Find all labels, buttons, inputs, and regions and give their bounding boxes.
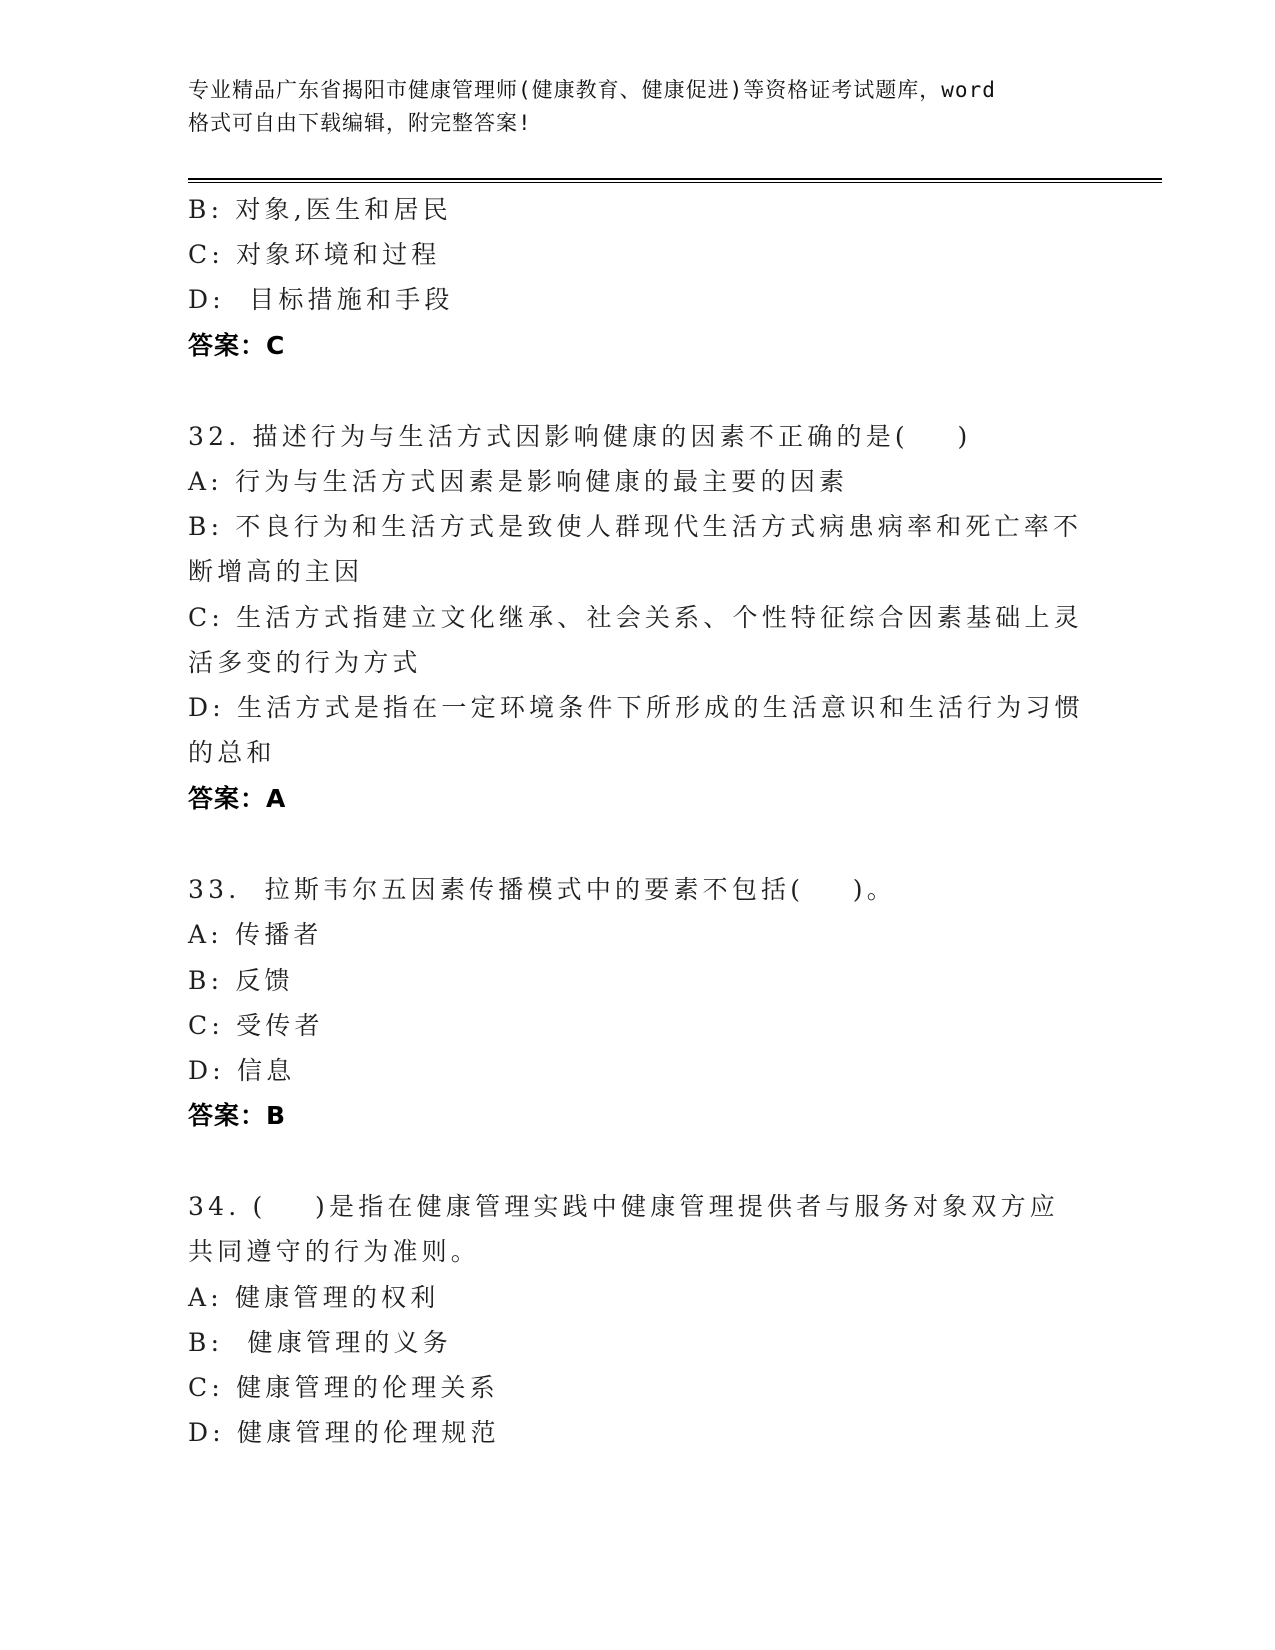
q33-option-a: A: 传播者 bbox=[188, 920, 323, 950]
document-header: 专业精品广东省揭阳市健康管理师(健康教育、健康促进)等资格证考试题库，word … bbox=[188, 74, 1088, 140]
q34-option-d: D: 健康管理的伦理规范 bbox=[188, 1418, 500, 1448]
q32-option-b: B: 不良行为和生活方式是致使人群现代生活方式病患病率和死亡率不 bbox=[188, 512, 1082, 542]
q32-stem: 32. 描述行为与生活方式因影响健康的因素不正确的是( ) bbox=[188, 422, 971, 452]
q34-option-b: B: 健康管理的义务 bbox=[188, 1328, 452, 1358]
header-line-2: 格式可自由下载编辑，附完整答案! bbox=[188, 107, 1088, 140]
q32-option-d: D: 生活方式是指在一定环境条件下所形成的生活意识和生活行为习惯 bbox=[188, 693, 1084, 723]
q32-option-b-cont: 断增高的主因 bbox=[188, 557, 363, 587]
rule-thin-line bbox=[188, 182, 1162, 183]
q34-stem-cont: 共同遵守的行为准则。 bbox=[188, 1237, 480, 1267]
q31-option-d: D: 目标措施和手段 bbox=[188, 285, 454, 315]
q33-option-b: B: 反馈 bbox=[188, 966, 294, 996]
q32-option-c-cont: 活多变的行为方式 bbox=[188, 648, 422, 678]
q32-option-d-cont: 的总和 bbox=[188, 738, 276, 768]
q32-option-a: A: 行为与生活方式因素是影响健康的最主要的因素 bbox=[188, 467, 848, 497]
header-line-1: 专业精品广东省揭阳市健康管理师(健康教育、健康促进)等资格证考试题库，word bbox=[188, 74, 1088, 107]
q33-answer: 答案：B bbox=[188, 1101, 286, 1131]
q31-option-b: B: 对象,医生和居民 bbox=[188, 195, 452, 225]
q34-option-a: A: 健康管理的权利 bbox=[188, 1283, 439, 1313]
q34-stem: 34. ( )是指在健康管理实践中健康管理提供者与服务对象双方应 bbox=[188, 1192, 1059, 1222]
q31-answer: 答案：C bbox=[188, 331, 285, 361]
q33-option-d: D: 信息 bbox=[188, 1056, 295, 1086]
q32-answer: 答案：A bbox=[188, 784, 286, 814]
q32-option-c: C: 生活方式指建立文化继承、社会关系、个性特征综合因素基础上灵 bbox=[188, 603, 1083, 633]
q31-option-c: C: 对象环境和过程 bbox=[188, 240, 441, 270]
header-double-rule bbox=[188, 178, 1162, 184]
q33-stem: 33. 拉斯韦尔五因素传播模式中的要素不包括( )。 bbox=[188, 875, 896, 905]
q34-option-c: C: 健康管理的伦理关系 bbox=[188, 1373, 499, 1403]
rule-thick-line bbox=[188, 178, 1162, 180]
q33-option-c: C: 受传者 bbox=[188, 1011, 324, 1041]
